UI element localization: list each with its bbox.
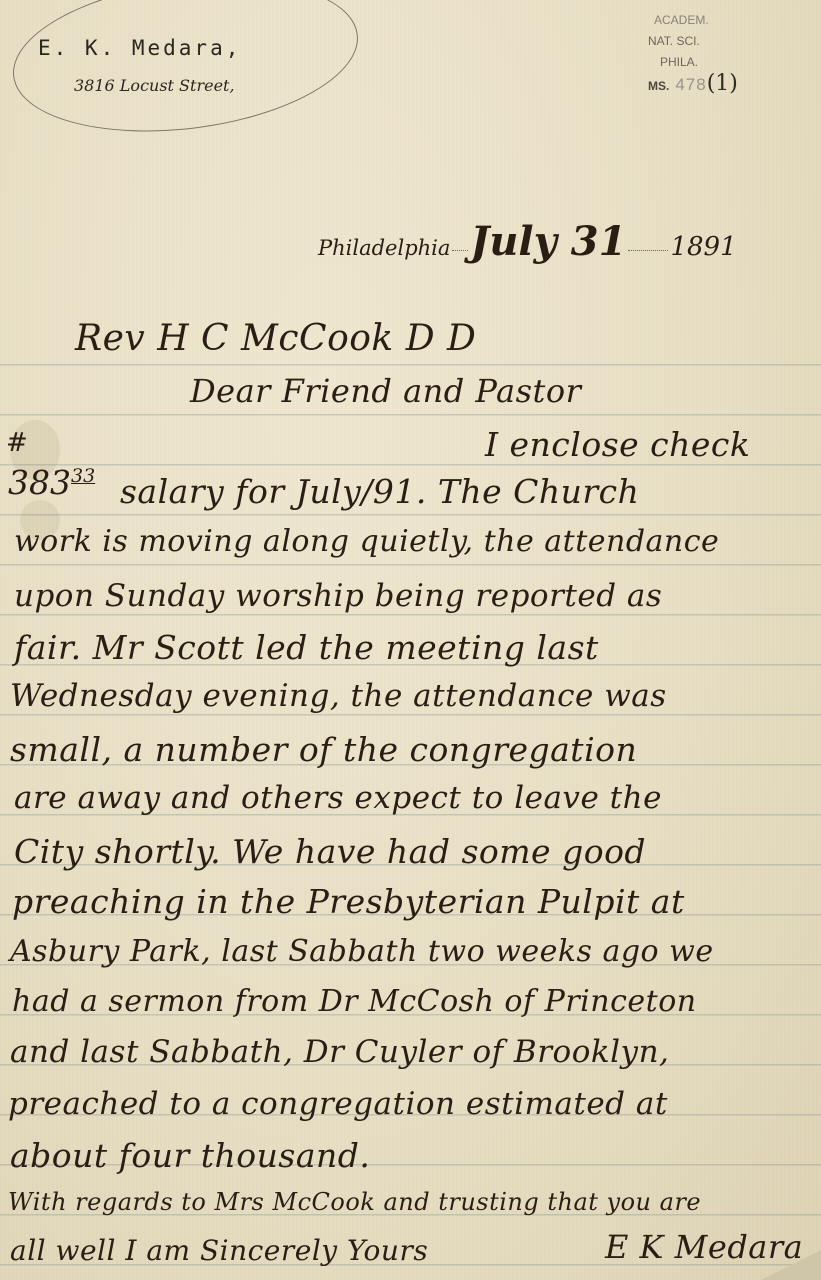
body-line: preached to a congregation estimated at (8, 1086, 668, 1122)
stamp-ms-item: (1) (707, 71, 738, 96)
body-line: and last Sabbath, Dr Cuyler of Brooklyn, (10, 1034, 669, 1070)
body-line: small, a number of the congregation (10, 730, 637, 769)
dateline-year: 1891 (670, 232, 736, 262)
body-line: work is moving along quietly, the attend… (14, 524, 719, 559)
letterhead-address: 3816 Locust Street, (74, 76, 235, 95)
body-line: upon Sunday worship being reported as (14, 578, 662, 614)
body-line: City shortly. We have had some good (14, 832, 646, 871)
addressee: Rev H C McCook D D (75, 318, 476, 359)
dotted-rule (452, 250, 468, 251)
dateline: PhiladelphiaJuly 311891 (318, 218, 737, 265)
amount-cents: 33 (71, 465, 95, 487)
stamp-ms-number: 478 (675, 75, 706, 94)
body-line: Asbury Park, last Sabbath two weeks ago … (10, 934, 714, 969)
closing-line: With regards to Mrs McCook and trusting … (8, 1188, 701, 1216)
stamp-ms-row: MS.478(1) (648, 73, 738, 97)
letterhead-oval (4, 0, 366, 150)
body-line: preaching in the Presbyterian Pulpit at (12, 882, 685, 921)
dotted-rule (628, 250, 668, 251)
body-line: about four thousand. (10, 1136, 370, 1175)
body-line: salary for July/91. The Church (120, 472, 639, 511)
letter-page: E. K. Medara, 3816 Locust Street, ACADEM… (0, 0, 821, 1280)
stamp-line-natsci: NAT. SCI. (648, 31, 738, 52)
body-line: Wednesday evening, the attendance was (10, 678, 667, 714)
amount-dollars: 383 (8, 463, 71, 502)
check-amount: 38333 (8, 463, 95, 502)
dateline-place: Philadelphia (318, 236, 450, 260)
body-line: are away and others expect to leave the (14, 780, 662, 816)
stamp-ms-label: MS. (648, 79, 669, 93)
body-line: fair. Mr Scott led the meeting last (14, 628, 599, 667)
hash-mark: # (6, 428, 28, 458)
stamp-line-phila: PHILA. (648, 52, 738, 73)
body-line: had a sermon from Dr McCosh of Princeton (12, 984, 697, 1019)
letterhead-name: E. K. Medara, (38, 36, 241, 60)
greeting: Dear Friend and Pastor (190, 372, 581, 410)
closing-line: all well I am Sincerely Yours (10, 1234, 428, 1267)
page-corner-fold (761, 1250, 821, 1280)
body-line: I enclose check (485, 425, 750, 464)
archive-stamp: ACADEM. NAT. SCI. PHILA. MS.478(1) (648, 10, 738, 97)
stamp-line-academy: ACADEM. (648, 10, 738, 31)
dateline-date: July 31 (470, 218, 626, 265)
